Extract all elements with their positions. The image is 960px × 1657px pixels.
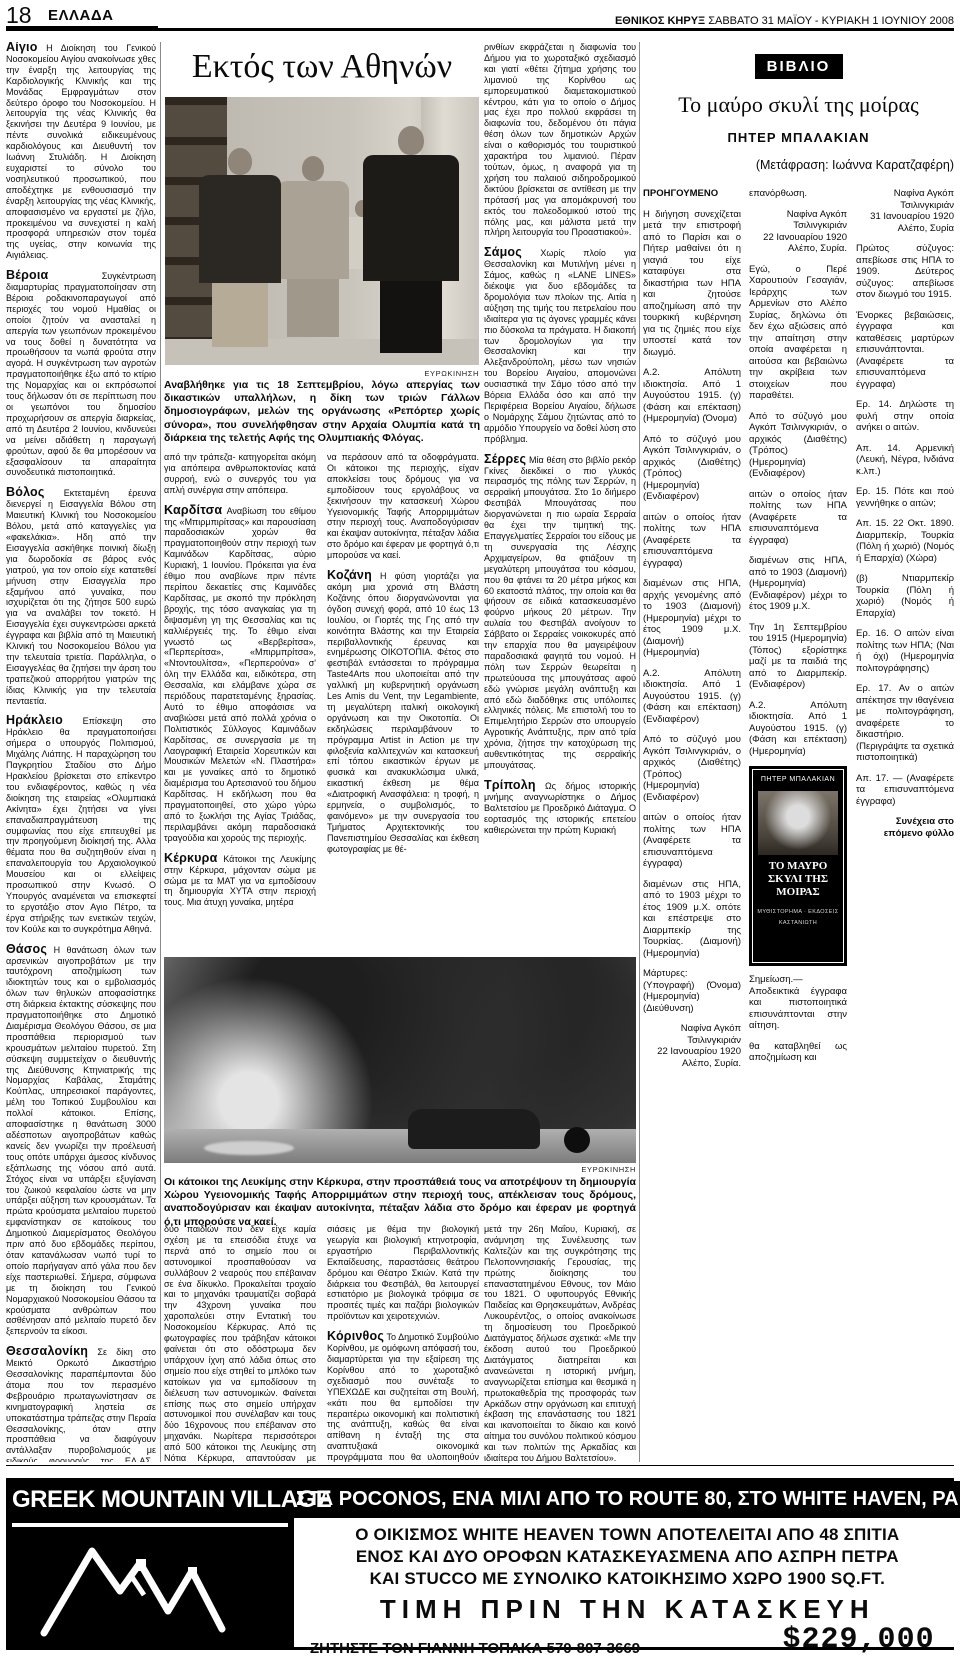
article-paragraph: Ερ. 17. Αν ο αιτών απέκτησε την ιθαγένει… <box>856 683 954 764</box>
article-paragraph: Απ. 15. 22 Οκτ. 1890. Διαρμπεκίρ, Τουρκί… <box>856 518 954 564</box>
article-paragraph: Ναφίνα Αγκόπ Τσιλινγκιριάν 31 Ιανουαρίου… <box>856 188 954 234</box>
article-paragraph: Θάσος Η θανάτωση όλων των αρσενικών αιγο… <box>6 944 156 1338</box>
article-paragraph: Εγώ, ο Περέ Χαρουτιούν Γεσαγιάν, Ιεράρχη… <box>749 264 847 402</box>
article-paragraph: Συνέχεια στο επόμενο φύλλο <box>856 816 954 839</box>
cover-author: ΠΗΤΕΡ ΜΠΑΛΑΚΙΑΝ <box>750 774 846 786</box>
man-figure <box>363 126 459 353</box>
cover-photo <box>758 791 838 855</box>
man-figure <box>277 156 349 337</box>
article-paragraph: διαμένων στις ΗΠΑ, αρχής γενομένης από τ… <box>643 578 741 659</box>
masthead-dateline: ΕΘΝΙΚΟΣ ΚΗΡΥΞ ΣΑΒΒΑΤΟ 31 ΜΑΪΟΥ - ΚΥΡΙΑΚΗ… <box>615 15 954 27</box>
article-paragraph: αιτών ο οποίος ήταν πολίτης των ΗΠΑ (Ανα… <box>643 812 741 870</box>
book-cover-image: ΠΗΤΕΡ ΜΠΑΛΑΚΙΑΝ ΤΟ ΜΑΥΡΟ ΣΚΥΛΙ ΤΗΣ ΜΟΙΡΑ… <box>749 766 847 966</box>
news-briefs-column: Αίγιο Η Διοίκηση του Γενικού Νοσοκομείου… <box>6 42 156 1462</box>
book-serial-section: ΒΙΒΛΙΟ Το μαύρο σκυλί της μοίρας ΠΗΤΕΡ Μ… <box>643 42 954 1462</box>
ad-price: $229,000 <box>783 1623 935 1657</box>
article-lead: Κόρινθος <box>327 1329 384 1343</box>
article-paragraph: Καρδίτσα Αναβίωση του εθίμου της «Μπιρμπ… <box>164 505 316 844</box>
article-lead: Σάμος <box>484 245 522 259</box>
courthouse-photo <box>165 97 479 365</box>
ad-copy-panel: ΣΤΑ POCONOS, ΕΝΑ ΜΙΛΙ ΑΠΟ ΤΟ ROUTE 80, Σ… <box>294 1481 960 1647</box>
article-paragraph: Μάρτυρες: (Υπογραφή) (Όνομα) (Ημερομηνία… <box>643 968 741 1014</box>
ad-contact-phone[interactable]: ΖΗΤΗΣΤΕ ΤΟΝ ΓΙΑΝΝΗ ΤΟΠΑΚΑ 570-807-3669 <box>310 1640 640 1657</box>
book-translator: (Μετάφραση: Ιωάννα Καρατζαφέρη) <box>643 158 954 172</box>
content-bottom-rule <box>6 1465 954 1466</box>
article-paragraph: Από το σύζυγό μου Αγκόπ Τσιλινγκιριάν, ο… <box>643 734 741 803</box>
article-paragraph: (β) Ντιαρμπεκίρ Τουρκία (Πόλη ή χωριό) (… <box>856 573 954 619</box>
article-paragraph: αιτών ο οποίος ήταν πολίτης των ΗΠΑ (Ανα… <box>749 489 847 547</box>
article-paragraph: Βέροια Συγκέντρωση διαμαρτυρίας πραγματο… <box>6 270 156 478</box>
article-paragraph: Κοζάνη Η φύση γιορτάζει για ακόμη μια χρ… <box>327 570 479 855</box>
article-paragraph: Από το σύζυγό μου Αγκόπ Τσιλινγκιριάν, ο… <box>643 434 741 503</box>
article-paragraph: Α.2. Απόλυτη ιδιοκτησία. Από 1 Αυγούστου… <box>643 668 741 726</box>
news-column: από την τράπεζα- κατηγορείται ακόμη για … <box>164 452 316 957</box>
article-paragraph: Α.2. Απόλυτη ιδιοκτησία. Από 1 Αυγούστου… <box>643 367 741 425</box>
article-paragraph: Α.2. Απόλυτη ιδιοκτησία. Από 1 Αυγούστου… <box>749 700 847 758</box>
center-section: Εκτός των Αθηνών <box>164 42 636 1462</box>
column-divider <box>160 42 161 1462</box>
header-rule <box>6 28 954 31</box>
article-paragraph: Ναφίνα Αγκόπ Τσιλινγκιριάν 22 Ιανουαρίου… <box>749 209 847 255</box>
article-lead: Τρίπολη <box>484 778 536 792</box>
article-lead: Κοζάνη <box>327 568 372 582</box>
ad-brand-name: GREEK MOUNTAIN VILLAGE <box>12 1486 288 1527</box>
photo-caption: Οι κάτοικοι της Λευκίμης στην Κέρκυρα, σ… <box>164 1176 636 1229</box>
article-paragraph: μετά την 26η Μαΐου, Κυριακή, σε ανάμνηση… <box>484 1224 636 1464</box>
article-paragraph: δύο παιδιών που δεν είχε καμία σχέση με … <box>164 1224 316 1464</box>
article-paragraph: Σάμος Χωρίς πλοίο για Θεσσαλονίκη και Μυ… <box>484 247 636 444</box>
article-paragraph: Κόρινθος Το Δημοτικό Συμβούλιο Κορίνθου,… <box>327 1331 479 1464</box>
mountain-logo-icon <box>40 1533 260 1637</box>
ad-line: ΚΑΙ STUCCO ΜΕ ΣΥΝΟΛΙΚΟ ΚΑΤΟΙΚΗΣΙΜΟ ΧΩΡΟ … <box>294 1568 960 1590</box>
serial-text-top: επανόρθωση.Ναφίνα Αγκόπ Τσιλινγκιριάν 22… <box>749 188 847 757</box>
column-divider <box>639 42 640 1462</box>
article-paragraph: Σέρρες Μία θέση στο βιβλίο ρεκόρ Γκίνες … <box>484 454 636 771</box>
article-paragraph: Ηράκλειο Επίσκεψη στο Ηράκλειο θα πραγμα… <box>6 715 156 934</box>
article-paragraph: Τρίπολη Ως δήμος ιστορικής μνήμης αναγνω… <box>484 780 636 836</box>
news-column: ρινθίων εκφράζεται η διαφωνία του Δήμου … <box>484 42 636 955</box>
article-paragraph: επανόρθωση. <box>749 188 847 200</box>
burned-car <box>408 1109 540 1149</box>
article-paragraph: Ερ. 15. Πότε και πού γεννήθηκε ο αιτών; <box>856 486 954 509</box>
cover-imprint: ΜΥΘΙΣΤΟΡΗΜΑ · ΕΚΔΟΣΕΙΣ ΚΑΣΤΑΝΙΩΤΗ <box>750 907 846 930</box>
ad-line: Ο ΟΙΚΙΣΜΟΣ WHITE HEAVEN TOWN ΑΠΟΤΕΛΕΙΤΑΙ… <box>294 1524 960 1546</box>
masthead-name: ΕΘΝΙΚΟΣ ΚΗΡΥΞ <box>615 15 705 27</box>
article-paragraph: Η διήγηση συνεχίζεται μετά την επιστροφή… <box>643 209 741 359</box>
page-number: 18 <box>6 2 32 28</box>
news-column: να περάσουν από τα οδοφράγματα. Οι κάτοι… <box>327 452 479 957</box>
article-paragraph: να περάσουν από τα οδοφράγματα. Οι κάτοι… <box>327 452 479 561</box>
article-lead: Βόλος <box>6 485 45 499</box>
biblio-banner: ΒΙΒΛΙΟ <box>755 54 843 79</box>
section-title: ΕΛΛΑΔΑ <box>48 4 113 28</box>
article-paragraph: ΠΡΟΗΓΟΥΜΕΝΟ <box>643 188 741 200</box>
article-paragraph: ρινθίων εκφράζεται η διαφωνία του Δήμου … <box>484 42 636 238</box>
article-lead: Θάσος <box>6 942 47 956</box>
article-paragraph: Απ. 14. Αρμενική (Λευκή, Νέγρα, Ινδιάνα … <box>856 443 954 478</box>
article-lead: Κέρκυρα <box>164 851 217 865</box>
article-paragraph: Ερ. 16. Ο αιτών είναι πολίτης των ΗΠΑ; (… <box>856 628 954 674</box>
article-lead: Θεσσαλονίκη <box>6 1344 88 1358</box>
section-headline: Εκτός των Αθηνών <box>164 42 480 92</box>
serial-column-right: Ναφίνα Αγκόπ Τσιλινγκιριάν 31 Ιανουαρίου… <box>856 188 954 1462</box>
photo-credit: ΕΥΡΩΚΙΝΗΣΗ <box>164 1165 636 1174</box>
tire <box>564 1127 590 1153</box>
ad-line: ΕΝΟΣ ΚΑΙ ΔΥΟ ΟΡΟΦΩΝ ΚΑΤΑΣΚΕΥΑΣΜΕΝΑ ΑΠΟ Α… <box>294 1546 960 1568</box>
ad-brand-panel: GREEK MOUNTAIN VILLAGE <box>6 1478 294 1650</box>
real-estate-ad[interactable]: GREEK MOUNTAIN VILLAGE ΣΤΑ POCONOS, ΕΝΑ … <box>6 1478 954 1650</box>
article-paragraph: Πρώτος σύζυγος: απεβίωσε στις ΗΠΑ το 190… <box>856 243 954 301</box>
article-paragraph: Ερ. 14. Δηλώστε τη φυλή στην οποία ανήκε… <box>856 399 954 434</box>
article-paragraph: σιάσεις με θέμα την βιολογική γεωργία κα… <box>327 1224 479 1322</box>
article-paragraph: διαμένων στις ΗΠΑ, από το 1903 (Διαμονή)… <box>749 555 847 613</box>
serial-column-left: ΠΡΟΗΓΟΥΜΕΝΟΗ διήγηση συνεχίζεται μετά τη… <box>643 188 741 1462</box>
article-paragraph: θα καταβληθεί ως αποζημίωση και <box>749 1041 847 1064</box>
debris <box>204 1141 294 1155</box>
book-title: Το μαύρο σκυλί της μοίρας <box>643 88 954 122</box>
article-paragraph: αιτών ο οποίος ήταν πολίτης των ΗΠΑ (Ανα… <box>643 512 741 570</box>
news-column: σιάσεις με θέμα την βιολογική γεωργία κα… <box>327 1224 479 1464</box>
photo-caption: Αναβλήθηκε για τις 18 Σεπτεμβρίου, λόγω … <box>164 379 480 445</box>
page-header: 18 ΕΛΛΑΔΑ ΕΘΝΙΚΟΣ ΚΗΡΥΞ ΣΑΒΒΑΤΟ 31 ΜΑΪΟΥ… <box>6 2 954 28</box>
article-paragraph: Θεσσαλονίκη Σε δίκη στο Μεικτό Ορκωτό Δι… <box>6 1346 156 1462</box>
news-column: μετά την 26η Μαΐου, Κυριακή, σε ανάμνηση… <box>484 1224 636 1464</box>
article-paragraph: Βόλος Εκτεταμένη έρευνα διενεργεί η Εισα… <box>6 487 156 706</box>
article-paragraph: Από το σύζυγό μου Αγκόπ Τσιλινγκιριάν, ο… <box>749 411 847 480</box>
riot-smoke-photo <box>164 957 636 1163</box>
article-lead: Αίγιο <box>6 42 38 54</box>
article-paragraph: Αίγιο Η Διοίκηση του Γενικού Νοσοκομείου… <box>6 42 156 261</box>
serial-column-middle: επανόρθωση.Ναφίνα Αγκόπ Τσιλινγκιριάν 22… <box>749 188 847 1462</box>
article-paragraph: Την 1η Σεπτεμβρίου του 1915 (Ημερομηνία)… <box>749 622 847 691</box>
ad-location-bar: ΣΤΑ POCONOS, ΕΝΑ ΜΙΛΙ ΑΠΟ ΤΟ ROUTE 80, Σ… <box>294 1481 960 1518</box>
article-paragraph: Απ. 17. — (Αναφέρετε τα επισυναπτόμενα έ… <box>856 773 954 808</box>
book-author: ΠΗΤΕΡ ΜΠΑΛΑΚΙΑΝ <box>643 130 954 145</box>
ad-price-label: ΤΙΜΗ ΠΡΙΝ ΤΗΝ ΚΑΤΑΣΚΕΥΗ <box>294 1594 960 1625</box>
cover-title: ΤΟ ΜΑΥΡΟ ΣΚΥΛΙ ΤΗΣ ΜΟΙΡΑΣ <box>750 860 846 899</box>
article-lead: Σέρρες <box>484 452 526 466</box>
article-paragraph: από την τράπεζα- κατηγορείται ακόμη για … <box>164 452 316 496</box>
article-paragraph: Κέρκυρα Κάτοικοι της Λευκίμης στην Κέρκυ… <box>164 853 316 909</box>
article-lead: Βέροια <box>6 268 48 282</box>
news-column: δύο παιδιών που δεν είχε καμία σχέση με … <box>164 1224 316 1464</box>
article-lead: Καρδίτσα <box>164 503 222 517</box>
man-figure <box>199 148 281 347</box>
newspaper-page: 18 ΕΛΛΑΔΑ ΕΘΝΙΚΟΣ ΚΗΡΥΞ ΣΑΒΒΑΤΟ 31 ΜΑΪΟΥ… <box>0 0 960 1657</box>
article-paragraph: διαμένων στις ΗΠΑ, από το 1903 μέχρι το … <box>643 879 741 960</box>
photo-credit: ΕΥΡΩΚΙΝΗΣΗ <box>164 369 479 378</box>
issue-date: ΣΑΒΒΑΤΟ 31 ΜΑΪΟΥ - ΚΥΡΙΑΚΗ 1 ΙΟΥΝΙΟΥ 200… <box>708 15 954 27</box>
article-paragraph: Ένορκες βεβαιώσεις, έγγραφα και καταθέσε… <box>856 310 954 391</box>
serial-text-bottom: Σημείωση.— Αποδεικτικά έγγραφα και πιστο… <box>749 974 847 1064</box>
ad-bottom-row: ΖΗΤΗΣΤΕ ΤΟΝ ΓΙΑΝΝΗ ΤΟΠΑΚΑ 570-807-3669 $… <box>294 1623 960 1657</box>
article-lead: Ηράκλειο <box>6 713 63 727</box>
article-paragraph: Σημείωση.— Αποδεικτικά έγγραφα και πιστο… <box>749 974 847 1032</box>
article-paragraph: Ναφίνα Αγκόπ Τσιλινγκιριάν 22 Ιανουαρίου… <box>643 1023 741 1069</box>
